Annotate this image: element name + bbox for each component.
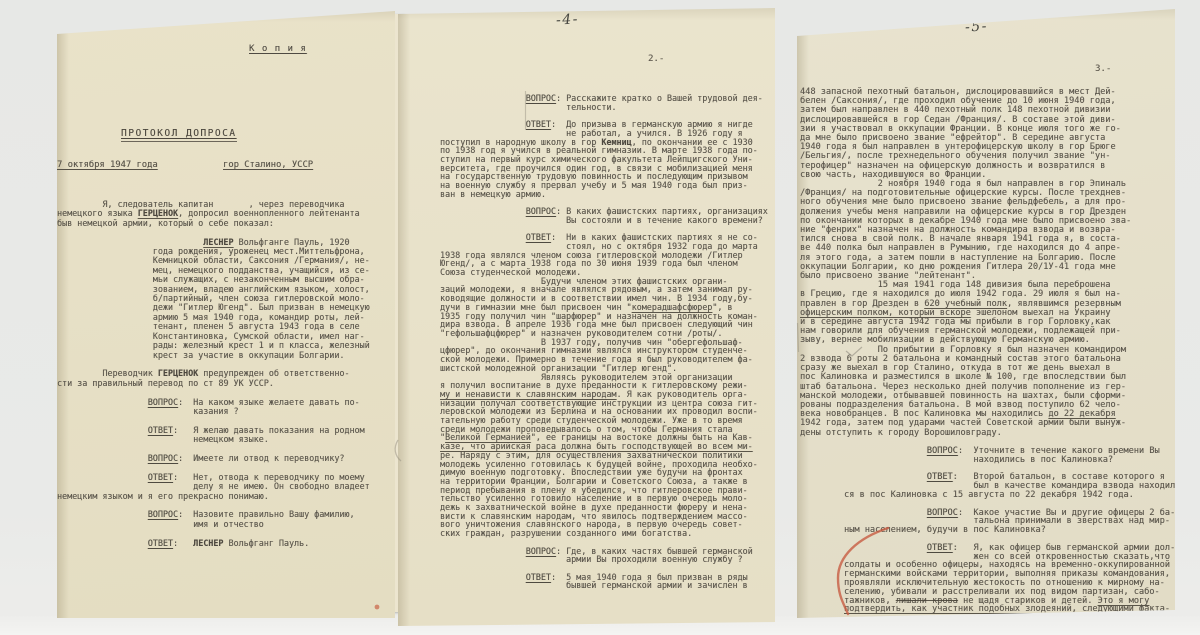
protocol-title: ПРОТОКОЛ ДОПРОСА [121, 128, 237, 142]
protocol-location: гор Сталино, УССР [223, 160, 313, 170]
handwritten-page-number: -5- [965, 18, 989, 35]
document-page-3: -5- 3.- 448 запасной пехотный батальон, … [797, 6, 1175, 620]
protocol-date-line: 7 октября 1947 года гор Сталино, УССР [57, 160, 395, 170]
typed-body-page-3-lower: ВОПРОС: Уточните в течение какого времен… [844, 447, 1175, 614]
document-page-1: -3- К о п и я ПРОТОКОЛ ДОПРОСА 7 октября… [57, 8, 395, 618]
handwritten-page-number: -3- [168, 9, 192, 26]
typed-body-page-1: Я, следователь капитан , через переводчи… [57, 200, 370, 548]
scanned-document-photo: { "document": { "type_label": "interroga… [0, 0, 1200, 635]
copy-label: К о п и я [249, 44, 307, 54]
typed-page-number: 2.- [648, 54, 664, 64]
typed-page-number: 3.- [1095, 64, 1111, 74]
document-page-2: -4- 2.- ВОПРОС: Расскажите кратко о Ваше… [398, 6, 775, 626]
typed-body-page-3-upper: 448 запасной пехотный батальон, дислоцир… [800, 88, 1131, 438]
protocol-date: 7 октября 1947 года [57, 160, 158, 170]
handwritten-page-number: -4- [556, 11, 580, 28]
typed-body-page-2: ВОПРОС: Расскажите кратко о Вашей трудов… [440, 94, 768, 590]
